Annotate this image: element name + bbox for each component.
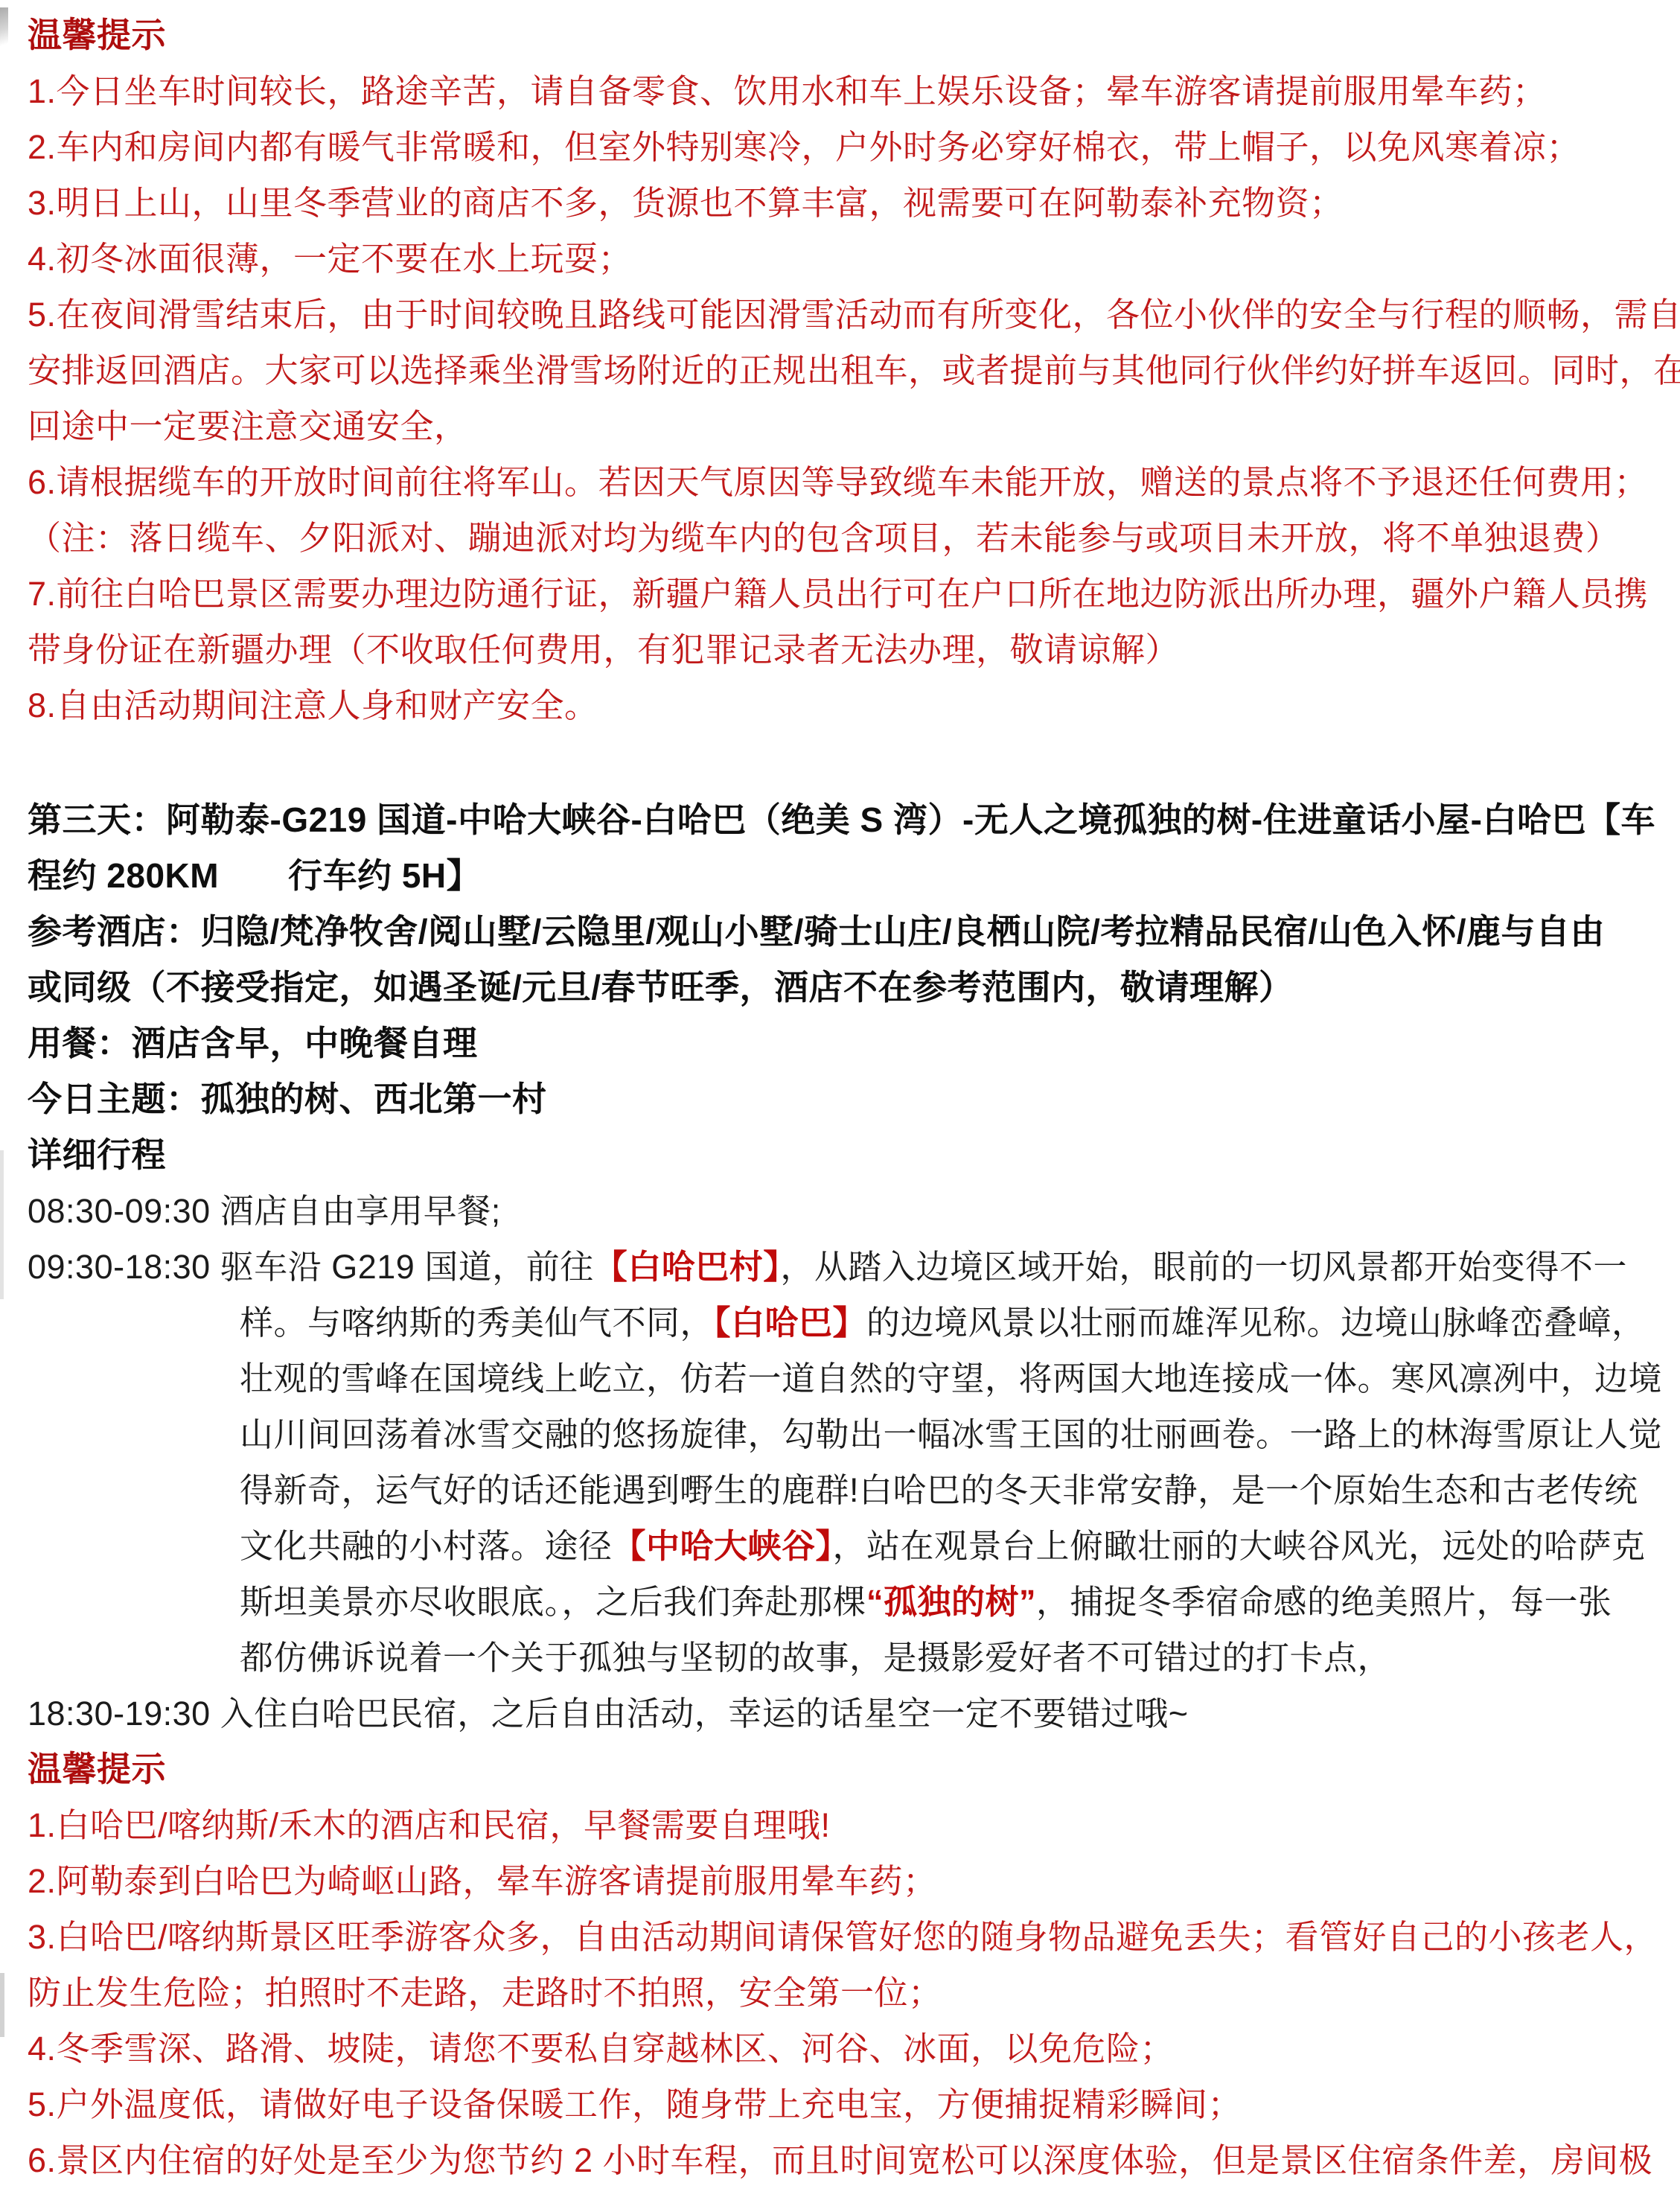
reference-hotels-line-2: 或同级（不接受指定，如遇圣诞/元旦/春节旺季，酒店不在参考范围内，敬请理解） <box>28 960 1664 1016</box>
tips2-item-2: 2.阿勒泰到白哈巴为崎岖山路，晕车游客请提前服用晕车药； <box>28 1853 1664 1909</box>
tips-section-2-title-text: 温馨提示 <box>28 1750 166 1788</box>
itinerary-document-page: 温馨提示 1.今日坐车时间较长，路途辛苦，请自备零食、饮用水和车上娱乐设备；晕车… <box>0 0 1680 2209</box>
tips2-item-4: 4.冬季雪深、路滑、坡陡，请您不要私自穿越林区、河谷、冰面，以免危险； <box>28 2021 1664 2076</box>
tips-section-2-title: 温馨提示 <box>28 1741 1664 1797</box>
tips2-item-1: 1.白哈巴/喀纳斯/禾木的酒店和民宿，早餐需要自理哦! <box>28 1797 1664 1853</box>
day3-title-line-1: 第三天：阿勒泰-G219 国道-中哈大峡谷-白哈巴（绝美 S 湾）-无人之境孤独… <box>28 792 1664 848</box>
tips1-item-7-line-1: 7.前往白哈巴景区需要办理边防通行证，新疆户籍人员出行可在户口所在地边防派出所办… <box>28 566 1664 622</box>
tips1-item-6: 6.请根据缆车的开放时间前往将军山。若因天气原因等导致缆车未能开放，赠送的景点将… <box>28 454 1664 510</box>
today-theme-line: 今日主题：孤独的树、西北第一村 <box>28 1071 1664 1127</box>
schedule-0930-1830-line-1: 09:30-18:30 驱车沿 G219 国道，前往【白哈巴村】，从踏入边境区域… <box>28 1239 1664 1295</box>
tips1-item-8: 8.自由活动期间注意人身和财产安全。 <box>28 678 1664 733</box>
tips2-item-5: 5.户外温度低，请做好电子设备保暖工作，随身带上充电宝，方便捕捉精彩瞬间； <box>28 2076 1664 2132</box>
highlight-baihaba: 【白哈巴】 <box>714 1304 866 1342</box>
place-name-aletai: 阿勒泰 <box>1073 183 1175 223</box>
section-gap <box>28 733 1664 792</box>
detailed-itinerary-heading: 详细行程 <box>28 1127 1664 1183</box>
reference-hotels-line-1: 参考酒店：归隐/梵净牧舍/阅山墅/云隐里/观山小墅/骑士山庄/良栖山院/考拉精品… <box>28 904 1664 960</box>
tips1-item-4: 4.初冬冰面很薄，一定不要在水上玩耍； <box>28 231 1664 287</box>
tips1-item-7-line-2: 带身份证在新疆办理（不收取任何费用，有犯罪记录者无法办理，敬请谅解） <box>28 622 1664 678</box>
tips2-item-6: 6.景区内住宿的好处是至少为您节约 2 小时车程，而且时间宽松可以深度体验，但是… <box>28 2132 1664 2188</box>
schedule-1830-1930: 18:30-19:30 入住白哈巴民宿，之后自由活动，幸运的话星空一定不要错过哦… <box>28 1686 1664 1741</box>
highlight-lonely-tree: “孤独的树” <box>866 1583 1036 1621</box>
schedule-0930-1830-line-4: 山川间回荡着冰雪交融的悠扬旋律，勾勒出一幅冰雪王国的壮丽画卷。一路上的林海雪原让… <box>28 1406 1664 1462</box>
schedule-0830-0930: 08:30-09:30 酒店自由享用早餐; <box>28 1183 1664 1239</box>
schedule-0930-1830-line-3: 壮观的雪峰在国境线上屹立，仿若一道自然的守望，将两国大地连接成一体。寒风凛冽中，… <box>28 1351 1664 1406</box>
tips1-item-5-line-1: 5.在夜间滑雪结束后，由于时间较晚且路线可能因滑雪活动而有所变化，各位小伙伴的安… <box>28 287 1664 342</box>
schedule-0930-1830-line-8: 都仿佛诉说着一个关于孤独与坚韧的故事，是摄影爱好者不可错过的打卡点， <box>28 1630 1664 1686</box>
day3-title-line-2: 程约 280KM 行车约 5H】 <box>28 848 1664 904</box>
scan-artifact-left-bottom <box>0 1973 4 2037</box>
scan-artifact-top-left <box>0 7 8 57</box>
tips2-item-3-line-1: 3.白哈巴/喀纳斯景区旺季游客众多，自由活动期间请保管好您的随身物品避免丢失；看… <box>28 1909 1664 1965</box>
tips1-item-6-note: （注：落日缆车、夕阳派对、蹦迪派对均为缆车内的包含项目，若未能参与或项目未开放，… <box>28 510 1664 566</box>
tips-section-1-title: 温馨提示 <box>28 7 1664 63</box>
scan-artifact-left-middle <box>0 1150 4 1299</box>
tips2-item-3-line-2: 防止发生危险；拍照时不走路，走路时不拍照，安全第一位； <box>28 1965 1664 2021</box>
schedule-0930-1830-line-7: 斯坦美景亦尽收眼底。，之后我们奔赴那棵“孤独的树”，捕捉冬季宿命感的绝美照片，每… <box>28 1574 1664 1630</box>
schedule-0930-1830-line-2: 样。与喀纳斯的秀美仙气不同，【白哈巴】的边境风景以壮丽而雄浑见称。边境山脉峰峦叠… <box>28 1295 1664 1351</box>
tips1-item-3: 3.明日上山，山里冬季营业的商店不多，货源也不算丰富，视需要可在阿勒泰补充物资； <box>28 175 1664 231</box>
tips1-item-5-line-2: 安排返回酒店。大家可以选择乘坐滑雪场附近的正规出租车，或者提前与其他同行伙伴约好… <box>28 342 1664 398</box>
schedule-0930-1830-line-6: 文化共融的小村落。途径【中哈大峡谷】，站在观景台上俯瞰壮丽的大峡谷风光，远处的哈… <box>28 1518 1664 1574</box>
tips1-item-1: 1.今日坐车时间较长，路途辛苦，请自备零食、饮用水和车上娱乐设备；晕车游客请提前… <box>28 63 1664 119</box>
tips-section-1-title-text: 温馨提示 <box>28 16 166 54</box>
highlight-zhongha-grand-canyon: 【中哈大峡谷】 <box>613 1527 833 1565</box>
meals-line: 用餐：酒店含早，中晚餐自理 <box>28 1016 1664 1071</box>
schedule-0930-1830-line-5: 得新奇，运气好的话还能遇到嘢生的鹿群!白哈巴的冬天非常安静，是一个原始生态和古老… <box>28 1462 1664 1518</box>
tips1-item-2: 2.车内和房间内都有暖气非常暖和，但室外特别寒冷，户外时务必穿好棉衣，带上帽子，… <box>28 119 1664 175</box>
highlight-baihaba-village: 【白哈巴村】 <box>594 1248 781 1286</box>
tips1-item-5-line-3: 回途中一定要注意交通安全， <box>28 398 1664 454</box>
